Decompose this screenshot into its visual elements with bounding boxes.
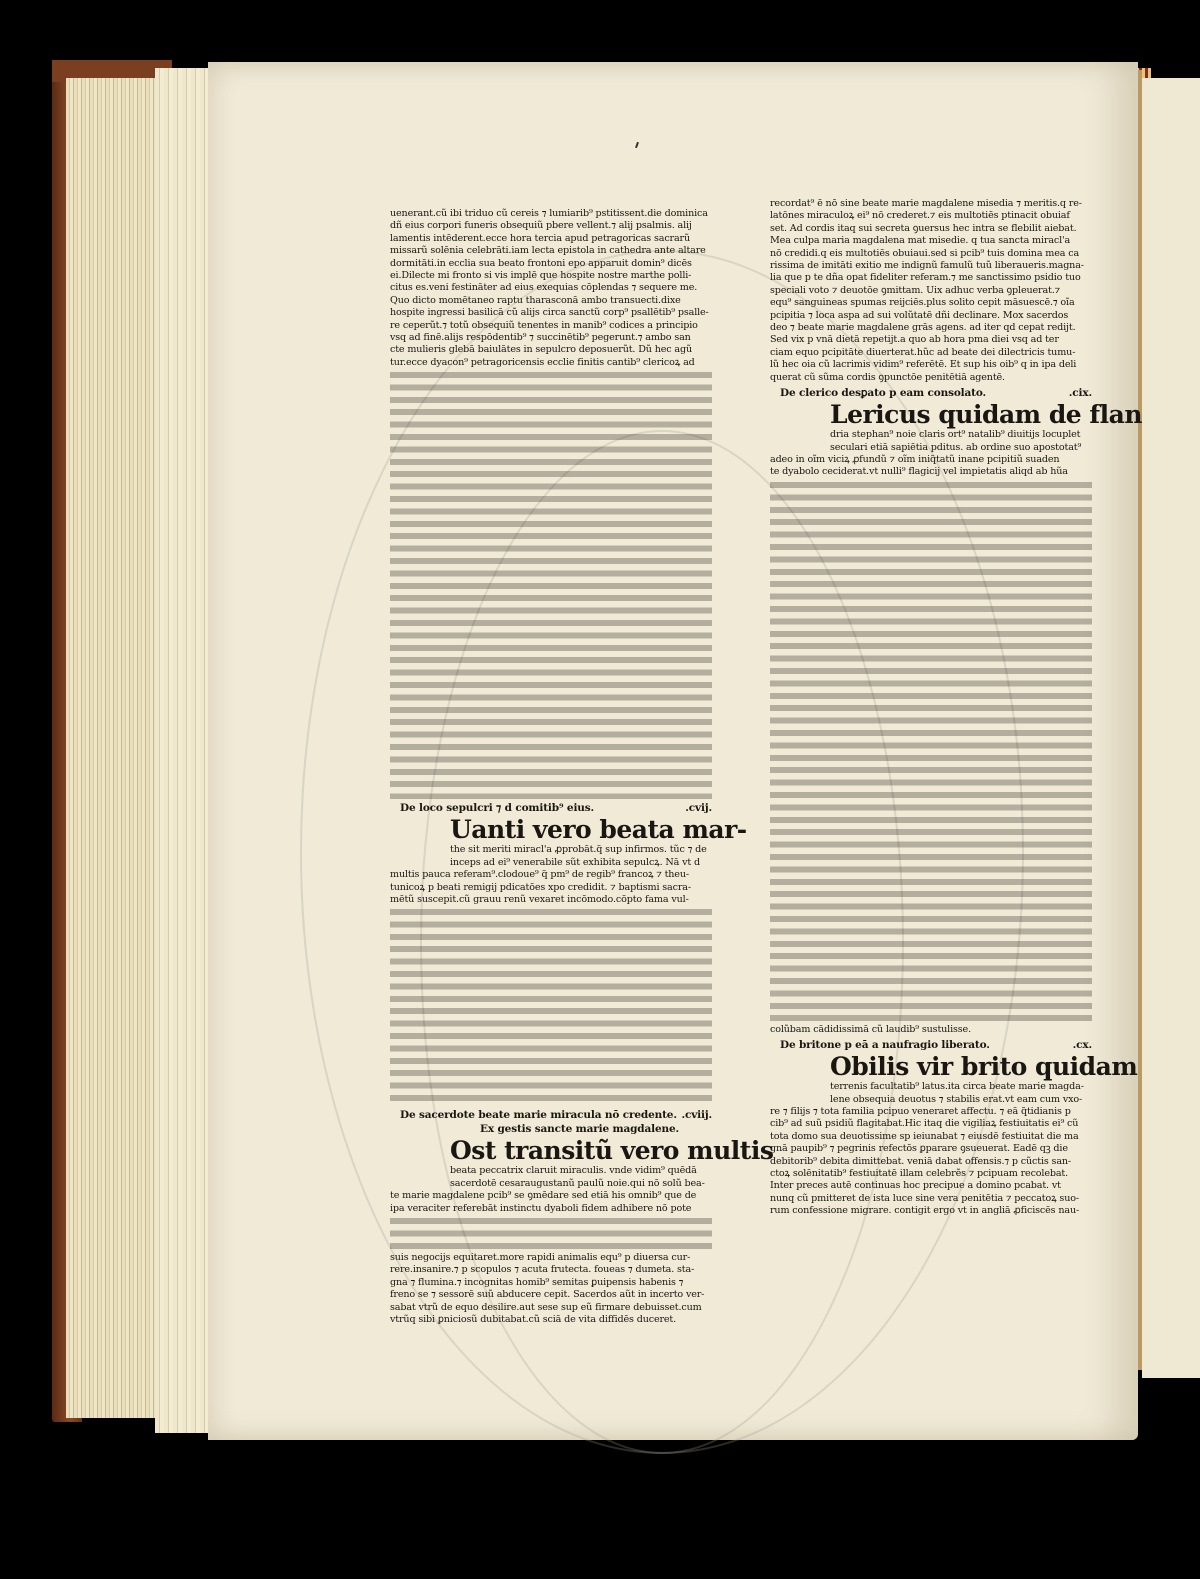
text-line: multis pauca referam⁹.clodoue⁹ q̃ pm⁹ de… [390,869,712,881]
text-line: rere.insanire.⁊ p scopulos ⁊ acuta frute… [390,1264,712,1276]
body-text-block [390,369,712,799]
text-line: freno se ⁊ sessorē suũ abducere cepit. S… [390,1289,712,1301]
rubric-title: De sacerdote beate marie miracula nō cre… [400,1108,677,1122]
text-line: cib⁹ ad suũ psidiũ flagitabat.Hic itaq d… [770,1118,1092,1130]
text-line: adeo in oĩm viciꝝ ꝓfundũ ⁊ oĩm iniq̃tatũ… [770,454,1092,466]
text-line: colũbam cādidissimā cũ laudib⁹ sustuliss… [770,1024,1092,1036]
text-line: rissima de imitāti exitio me indignũ fam… [770,260,1092,272]
text-line: nō credidi.q eis multotiēs obuiaui.sed s… [770,248,1092,260]
text-line: Sed vix p vnā dietā repetijt.a quo ab ho… [770,334,1092,346]
chapter-rubric: De clerico desꝑato p eam consolato. .cix… [780,386,1092,400]
text-line: re ⁊ filijs ⁊ tota familia pcipuo venera… [770,1106,1092,1118]
rubric-title: De clerico desꝑato p eam consolato. [780,386,986,400]
text-line: te dyabolo ceciderat.vt nulli⁹ flagicij … [770,466,1092,478]
text-line: querat cũ sũma cordis ꝯpunctōe penitētiā… [770,372,1092,384]
text-line: seculari etiā sapiētia pditus. ab ordine… [770,442,1092,454]
chapter-incipit: Obilis vir brito quidam [830,1054,1092,1080]
chapter-rubric: De sacerdote beate marie miracula nō cre… [400,1108,712,1122]
body-text-block [390,1215,712,1252]
right-column: recordat⁹ ē nō sine beate marie magdalen… [770,198,1092,1218]
text-line: speciali voto ⁊ deuotōe ꝯmittam. Uix adh… [770,285,1092,297]
text-line: ctoꝝ solēnitatib⁹ festiuitatē illam cele… [770,1168,1092,1180]
text-line: suis negocijs equitaret.more rapidi anim… [390,1252,712,1264]
text-line: recordat⁹ ē nō sine beate marie magdalen… [770,198,1092,210]
text-line: lamentis intēderent.ecce hora tercia apu… [390,233,712,245]
text-line: gnā paupib⁹ ⁊ pegrinis refectōs ꝑparare … [770,1143,1092,1155]
text-line: beata peccatrix claruit miraculis. vnde … [390,1165,712,1177]
text-line: re ceperũt.⁊ totũ obsequiũ tenentes in m… [390,320,712,332]
text-line: ciam equo pcipitāte diuerterat.hũc ad be… [770,347,1092,359]
text-line: missarũ solēnia celebrāti.iam lecta epis… [390,245,712,257]
text-line: lũ hec oia cũ lacrimis vidim⁹ referētē. … [770,359,1092,371]
text-line: the sit meriti miracl'a ꝓprobāt.q̃ sup i… [390,844,712,856]
chapter-incipit: Lericus quidam de flan [830,402,1092,428]
text-line: vtrũq sibi ꝑniciosũ dubitabat.cũ sciā de… [390,1314,712,1326]
text-line: gna ⁊ flumina.⁊ incognitas homib⁹ semita… [390,1277,712,1289]
text-line: ei.Dilecte mi fronto si vis implē que ho… [390,270,712,282]
chapter-number: .cix. [1069,386,1092,400]
chapter-number: .cx. [1073,1038,1092,1052]
chapter-rubric: De loco sepulcri ⁊ d comitib⁹ eius. .cvi… [400,801,712,815]
text-line: tunicoꝝ p beati remigij pdicatōes xpo cr… [390,882,712,894]
text-line: rum confessione migrare. contigit ergo v… [770,1205,1092,1217]
text-line: nunq cũ pmitteret de ista luce sine vera… [770,1193,1092,1205]
text-line: Inter preces autē continuas hoc precipue… [770,1180,1092,1192]
rubric-title: De loco sepulcri ⁊ d comitib⁹ eius. [400,801,594,815]
chapter-incipit: Ost transitũ vero multis [450,1138,712,1164]
text-line: cte mulieris glebā baiulātes in sepulcro… [390,344,712,356]
text-line: lia que p te dña opat fideliter referam.… [770,272,1092,284]
text-line: te marie magdalene pcib⁹ se ꝯmēdare sed … [390,1190,712,1202]
page-fore-edge [66,78,158,1418]
text-line: vsq ad finē.alijs respōdentib⁹ ⁊ succinē… [390,332,712,344]
rubric-title: De britone p eā a naufragio liberato. [780,1038,990,1052]
text-line: sacerdotē cesaraugustanũ paulũ noie.qui … [390,1178,712,1190]
text-line: Mea culpa maria magdalena mat misedie. q… [770,235,1092,247]
text-line: ipa veraciter referebāt instinctu dyabol… [390,1203,712,1215]
chapter-rubric: De britone p eā a naufragio liberato. .c… [780,1038,1092,1052]
page-fore-edge-inner [155,68,210,1433]
chapter-number: .cvij. [685,801,712,815]
body-text-block [390,906,712,1106]
text-line: inceps ad ei⁹ venerabile sũt exhibita se… [390,857,712,869]
text-line: equ⁹ sanguineas spumas reijciēs.plus sol… [770,297,1092,309]
text-line: tota domo sua deuotissime sp ieiunabat ⁊… [770,1131,1092,1143]
text-line: lene obsequia deuotus ⁊ stabilis erat.vt… [770,1094,1092,1106]
text-line: uenerant.cũ ibi triduo cũ cereis ⁊ lumia… [390,208,712,220]
text-line: tur.ecce dyacon⁹ petragoricensis ecclie … [390,357,712,369]
chapter-incipit: Uanti vero beata mar- [450,817,712,843]
text-line: debitorib⁹ debita dimittebat. veniā daba… [770,1156,1092,1168]
text-line: hospite ingressi basilicā cũ alijs circa… [390,307,712,319]
text-line: dormitāti.in ecclia sua beato frontoni e… [390,258,712,270]
text-line: dria stephan⁹ noie claris ort⁹ natalib⁹ … [770,429,1092,441]
chapter-number: .cviij. [681,1108,712,1122]
text-line: mētũ suscepit.cũ grauu renũ vexaret incō… [390,894,712,906]
body-text-block [770,479,1092,1024]
facing-page [1142,78,1200,1378]
text-line: set. Ad cordis itaq sui secreta ꝯuersus … [770,223,1092,235]
text-line: latōnes miraculoꝝ ei⁹ nō crederet.⁊ eis … [770,210,1092,222]
text-line: pcipitia ⁊ loca aspa ad sui volũtatē dñi… [770,310,1092,322]
left-column: uenerant.cũ ibi triduo cũ cereis ⁊ lumia… [390,208,712,1326]
text-line: citus es.veni festināter ad eius exequia… [390,282,712,294]
chapter-source: Ex gestis sancte marie magdalene. [480,1122,712,1136]
text-line: sabat vtrũ de equo desilire.aut sese sup… [390,1302,712,1314]
text-line: dñ eius corpori funeris obsequiũ pbere v… [390,220,712,232]
text-line: terrenis facultatib⁹ latus.ita circa bea… [770,1081,1092,1093]
text-line: Quo dicto momētaneo raptu tharasconā amb… [390,295,712,307]
text-line: deo ⁊ beate marie magdalene grās agens. … [770,322,1092,334]
